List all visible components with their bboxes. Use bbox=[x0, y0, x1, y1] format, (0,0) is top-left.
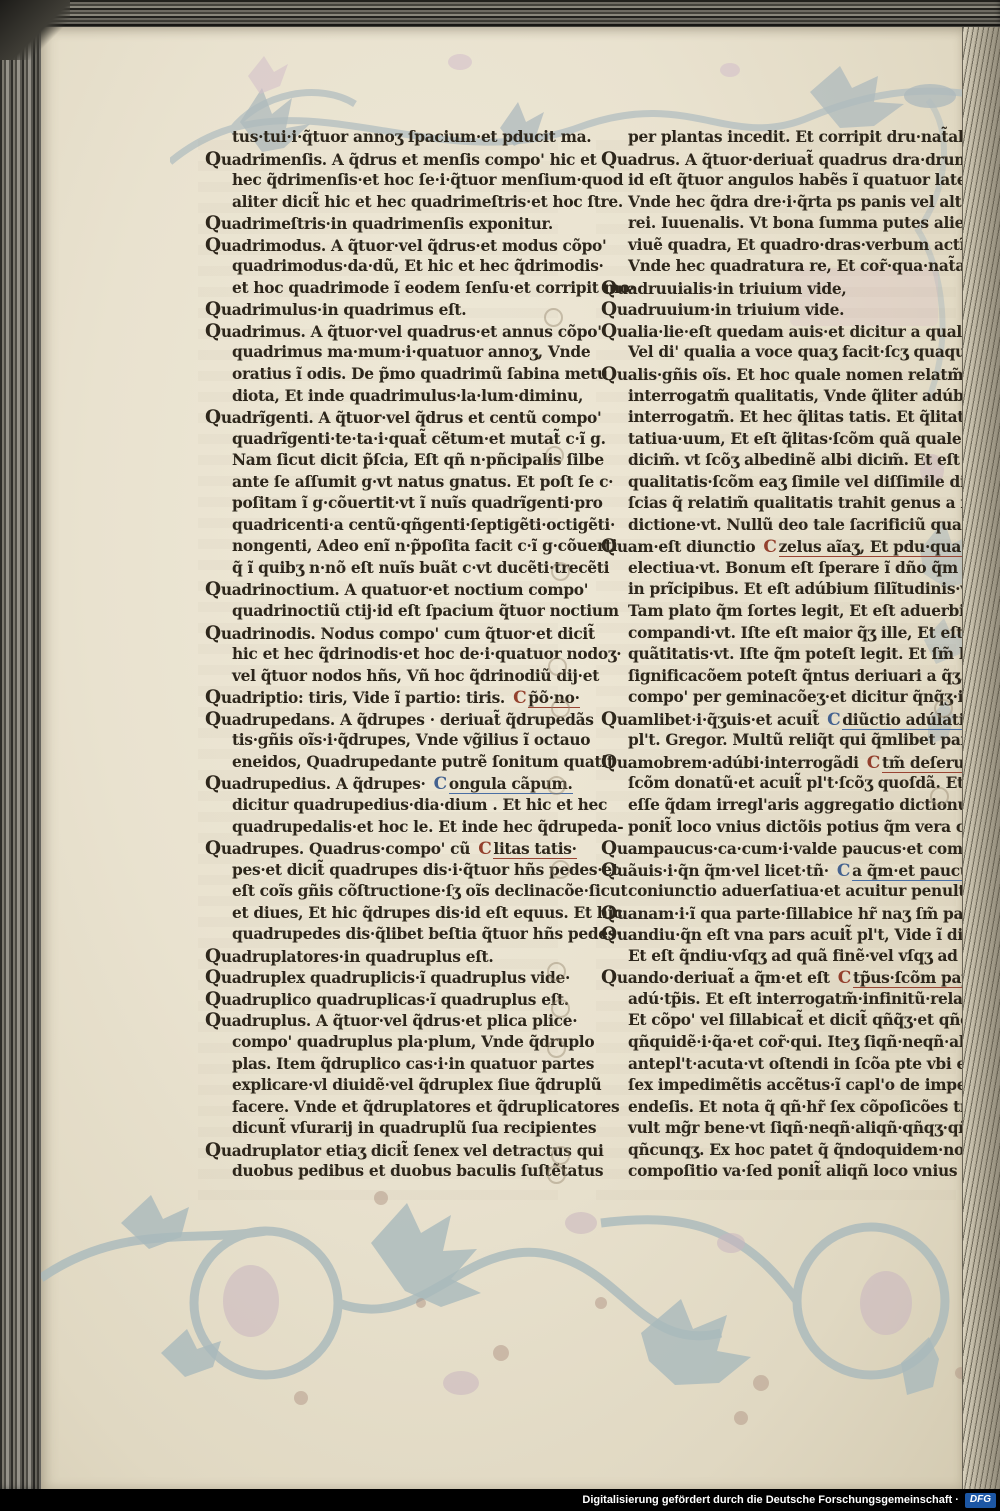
line-segment: Quãuis·i·q̃n q̃m·vel licet·tñ· bbox=[601, 862, 834, 880]
line-segment: Quamobrem·adúbi·interrogãdi bbox=[601, 754, 864, 772]
line-segment: interrogatm̃ qualitatis, Vnde q̃liter ad… bbox=[628, 387, 996, 405]
line-segment: vel q̃tuor nodos hñs, Vñ hoc q̃drinodiũ … bbox=[232, 667, 599, 685]
text-line: et hoc quadrimode ĩ eodem ſenſu·et corri… bbox=[205, 278, 557, 300]
text-line: adú·tp̃is. Et eſt interrogatm̃·infinitũ·… bbox=[601, 989, 953, 1011]
line-segment: Quadrimus. A q̃tuor·vel quadrus·et annus… bbox=[205, 323, 602, 341]
paragraph-mark-red: C bbox=[760, 537, 778, 557]
text-line: dictione·vt. Nullũ deo tale ſacrificiũ q… bbox=[601, 515, 953, 537]
paragraph-mark-blue: C bbox=[431, 774, 449, 794]
ring-artifact bbox=[548, 657, 567, 676]
line-segment: tis·gñis oĩs·i·q̃drupes, Vnde vg̃ilius ĩ… bbox=[232, 731, 590, 749]
line-segment: Et cõpo' vel ſillabicat̃ et dicit̃ qñq̃ʒ… bbox=[628, 1011, 1000, 1029]
line-segment: qñcunqʒ. Ex hoc patet q̃ q̃ndoquidem·non… bbox=[628, 1141, 1000, 1159]
line-segment: eſt coĩs gñis cõſtructione·ſʒ oĩs declin… bbox=[232, 882, 627, 900]
text-line: oratius ĩ odis. De p̃mo quadrimũ ſabina … bbox=[205, 364, 557, 386]
line-segment: Quadruplatores·in quadruplus eſt. bbox=[205, 948, 493, 966]
text-line: quadrimus ma·mum·i·quatuor annoʒ, Vnde bbox=[205, 342, 557, 364]
line-segment: Quadrĩgenti. A q̃tuor·vel q̃drus et cent… bbox=[205, 409, 601, 427]
paragraph-mark-blue: C bbox=[824, 710, 842, 730]
paragraph-mark-red: C bbox=[510, 688, 528, 708]
text-line: Tam plato q̃m ſortes legit, Et eſt aduer… bbox=[601, 601, 953, 623]
text-line: ſignificacõem poteſt q̃ntus deriuari a q… bbox=[601, 666, 953, 688]
line-segment: quadrimus ma·mum·i·quatuor annoʒ, Vnde bbox=[232, 343, 590, 361]
line-segment: quadrupedes dis·q̃libet beſtia q̃tuor hñ… bbox=[232, 925, 621, 943]
line-segment: Quamlibet·i·q̃ʒuis·et acuit̃ bbox=[601, 711, 824, 729]
line-segment: litas tatis· bbox=[493, 840, 576, 859]
entry-line: Quadrupedans. A q̃drupes · deriuat̃ q̃dr… bbox=[205, 709, 557, 731]
text-line: Vel di' qualia a voce quaʒ facit·ſcʒ qua… bbox=[601, 342, 953, 364]
line-segment: Quadruplico quadruplicas·ĩ quadruplus eſ… bbox=[205, 991, 569, 1009]
line-segment: Quandiu·q̃n eſt vna pars acuit̃ pl't, Vi… bbox=[601, 926, 979, 944]
line-segment: Quadrupes. Quadrus·compo' cũ bbox=[205, 840, 475, 858]
ring-artifact bbox=[547, 1165, 566, 1184]
text-line: Et eſt q̃ndiu·vſqʒ ad quã finẽ·vel vſqʒ … bbox=[601, 946, 953, 968]
book-corner-shadow bbox=[0, 0, 70, 60]
line-segment: Quanam·i·ĩ qua parte·ſillabice hr̃ naʒ ſ… bbox=[601, 905, 979, 923]
text-line: coniunctio aduerſatiua·et acuitur penult… bbox=[601, 881, 953, 903]
ring-artifact bbox=[551, 1146, 570, 1165]
text-line: Nam ſicut dicit p̃ſcia, Eſt qñ n·pñcipal… bbox=[205, 450, 557, 472]
text-line: ponit̃ loco vnius dictõis potius q̃m ver… bbox=[601, 817, 953, 839]
text-line: quadrimodus·da·dũ, Et hic et hec q̃drimo… bbox=[205, 256, 557, 278]
entry-line: Quando·deriuat̃ a q̃m·et eſt Ctp̃us·ſcõm… bbox=[601, 967, 953, 989]
line-segment: Qualia·lie·eſt quedam auis·et dicitur a … bbox=[601, 323, 981, 341]
line-segment: Quadrimodus. A q̃tuor·vel q̃drus·et modu… bbox=[205, 237, 606, 255]
text-line: rei. Iuuenalis. Vt bona ſumma putes alie… bbox=[601, 213, 953, 235]
text-line: qñcunqʒ. Ex hoc patet q̃ q̃ndoquidem·non… bbox=[601, 1140, 953, 1162]
entry-line: Qualis·gñis oĩs. Et hoc quale nomen rela… bbox=[601, 364, 953, 386]
entry-line: Quadriptio: tiris, Vide ĩ partio: tiris.… bbox=[205, 687, 557, 709]
line-segment: Quadrupedius. A q̃drupes· bbox=[205, 775, 431, 793]
line-segment: Quadrimeſtris·in quadrimenſis exponitur. bbox=[205, 215, 553, 233]
digitization-banner: Digitalisierung gefördert durch die Deut… bbox=[0, 1489, 1000, 1511]
line-segment: quadricenti·a centũ·qñgenti·ſeptigẽti·oc… bbox=[232, 516, 615, 534]
text-line: tis·gñis oĩs·i·q̃drupes, Vnde vg̃ilius ĩ… bbox=[205, 730, 557, 752]
text-line: ſcõm donatũ·et acuit̃ pl't·ſcõʒ quoſdã. … bbox=[601, 773, 953, 795]
line-segment: Quadrimulus·in quadrimus eſt. bbox=[205, 301, 466, 319]
line-segment: Vnde hec quadratura re, Et cor̃·qua·nat̃… bbox=[628, 257, 1000, 275]
line-segment: Quadrinoctium. A quatuor·et noctium comp… bbox=[205, 581, 588, 599]
line-segment: Et eſt q̃ndiu·vſqʒ ad quã finẽ·vel vſqʒ … bbox=[628, 947, 1000, 965]
line-segment: in prĩcipibus. Et eſt adúbium ſilĩtudini… bbox=[628, 580, 981, 598]
entry-line: Quadrimenſis. A q̃drus et menſis compo' … bbox=[205, 149, 557, 171]
line-segment: Vel di' qualia a voce quaʒ facit·ſcʒ qua… bbox=[628, 343, 998, 361]
line-segment: per plantas incedit. Et corripit dru·nat… bbox=[628, 128, 997, 146]
text-line: duobus pedibus et duobus baculis ſuſtẽta… bbox=[205, 1161, 557, 1183]
line-segment: oratius ĩ odis. De p̃mo quadrimũ ſabina … bbox=[232, 365, 608, 383]
ring-artifact bbox=[934, 699, 953, 718]
line-segment: ſcias q̃ relatim̃ qualitatis trahit genu… bbox=[628, 494, 1000, 512]
ring-artifact bbox=[551, 699, 570, 718]
line-segment: et diues, Et hic q̃drupes dis·id eſt equ… bbox=[232, 904, 622, 922]
text-line: compoſitio va·ſed ponit̃ aliqñ loco vniu… bbox=[601, 1161, 953, 1183]
text-line: nongenti, Adeo enĩ n·p̃poſita facit c·ĩ … bbox=[205, 536, 557, 558]
text-line: quadricenti·a centũ·qñgenti·ſeptigẽti·oc… bbox=[205, 515, 557, 537]
line-segment: dictione·vt. Nullũ deo tale ſacrificiũ q… bbox=[628, 516, 1000, 534]
line-segment: Quampaucus·ca·cum·i·valde paucus·et comp… bbox=[601, 840, 988, 858]
text-line: Vnde hec quadratura re, Et cor̃·qua·nat̃… bbox=[601, 256, 953, 278]
text-line: ſcias q̃ relatim̃ qualitatis trahit genu… bbox=[601, 493, 953, 515]
text-line: facere. Vnde et q̃druplatores et q̃drupl… bbox=[205, 1097, 557, 1119]
line-segment: coniunctio aduerſatiua·et acuitur penult… bbox=[628, 882, 1000, 900]
paragraph-mark-red: C bbox=[475, 839, 493, 859]
line-segment: Quadrimenſis. A q̃drus et menſis compo' … bbox=[205, 151, 596, 169]
line-segment: tus·tui·i·q̃tuor annoʒ ſpacium·et pducit… bbox=[232, 128, 591, 146]
line-segment: compoſitio va·ſed ponit̃ aliqñ loco vniu… bbox=[628, 1162, 999, 1180]
line-segment: electiua·vt. Bonum eſt ſperare ĩ dño q̃m… bbox=[628, 559, 1000, 577]
facing-page-fore-edge bbox=[962, 27, 1000, 1489]
line-segment: explicare·vl diuidẽ·vel q̃druplex ſiue q… bbox=[232, 1076, 601, 1094]
line-segment: endeſis. Et nota q̃ qñ·hr̃ ſex cõpoſicõe… bbox=[628, 1098, 996, 1116]
line-segment: compo' quadruplus pla·plum, Vnde q̃drupl… bbox=[232, 1033, 594, 1051]
text-line: vult mg̃r bene·vt ſiqñ·neqñ·aliqñ·qñqʒ·q… bbox=[601, 1118, 953, 1140]
line-segment: Quadruplus. A q̃tuor·vel q̃drus·et plica… bbox=[205, 1012, 577, 1030]
dfg-logo: DFG bbox=[965, 1493, 996, 1508]
line-segment: facere. Vnde et q̃druplatores et q̃drupl… bbox=[232, 1098, 619, 1116]
line-segment: Quadrus. A q̃tuor·deriuat̃ quadrus dra·d… bbox=[601, 151, 975, 169]
line-segment: antepl't·acuta·vt oſtendi in ſcõa pte vb… bbox=[628, 1055, 1000, 1073]
line-segment: plas. Item q̃druplico cas·i·in quatuor p… bbox=[232, 1055, 594, 1073]
line-segment: quadrinoctiũ ctij·id eſt ſpacium q̃tuor … bbox=[232, 602, 619, 620]
text-line: eſſe q̃dam irregl'aris aggregatio dictio… bbox=[601, 795, 953, 817]
text-line: poſitam ĩ g·cõuertit·vt ĩ nuĩs quadrĩgen… bbox=[205, 493, 557, 515]
text-line: et diues, Et hic q̃drupes dis·id eſt equ… bbox=[205, 903, 557, 925]
entry-line: Quadruuium·in triuium vide. bbox=[601, 299, 953, 321]
entry-line: Quanam·i·ĩ qua parte·ſillabice hr̃ naʒ ſ… bbox=[601, 903, 953, 925]
entry-line: Quampaucus·ca·cum·i·valde paucus·et comp… bbox=[601, 838, 953, 860]
line-segment: qñquidẽ·i·q̃a·et cor̃·qui. Iteʒ ſiqñ·neq… bbox=[628, 1033, 991, 1051]
line-segment: quadrĩgenti·te·ta·i·quat̃ cẽtum·et mutat… bbox=[232, 430, 606, 448]
text-line: hic et hec q̃drinodis·et hoc de·i·quatuo… bbox=[205, 644, 557, 666]
line-segment: qualitatis·ſcõm eaʒ ſimile vel diſſimile… bbox=[628, 473, 1000, 491]
line-segment: interrogatm̃. Et hec q̃litas tatis. Et q… bbox=[628, 408, 1000, 426]
paragraph-mark-blue: C bbox=[834, 861, 852, 881]
line-segment: ſex impedimẽtis accẽtus·ĩ capl'o de impe… bbox=[628, 1076, 1000, 1094]
line-segment: adú·tp̃is. Et eſt interrogatm̃·infinitũ·… bbox=[628, 990, 991, 1008]
text-line: diota, Et inde quadrimulus·la·lum·diminu… bbox=[205, 386, 557, 408]
text-line: compo' per geminacõeʒ·et dicitur q̃nq̃ʒ·… bbox=[601, 687, 953, 709]
ring-artifact bbox=[544, 308, 563, 327]
text-line: vel q̃tuor nodos hñs, Vñ hoc q̃drinodiũ … bbox=[205, 666, 557, 688]
manuscript-scan: tus·tui·i·q̃tuor annoʒ ſpacium·et pducit… bbox=[0, 0, 1000, 1511]
line-segment: ſignificacõem poteſt q̃ntus deriuari a q… bbox=[628, 667, 1000, 685]
text-line: dicunt̃ vſurarij in quadruplũ ſua recipi… bbox=[205, 1118, 557, 1140]
text-line: Vnde hec q̃dra dre·i·q̃rta ps panis vel … bbox=[601, 192, 953, 214]
text-line: viuẽ quadra, Et quadro·dras·verbum actĩm… bbox=[601, 235, 953, 257]
text-line: endeſis. Et nota q̃ qñ·hr̃ ſex cõpoſicõe… bbox=[601, 1097, 953, 1119]
text-line: per plantas incedit. Et corripit dru·nat… bbox=[601, 127, 953, 149]
entry-line: Quadrimus. A q̃tuor·vel quadrus·et annus… bbox=[205, 321, 557, 343]
line-segment: hec q̃drimenſis·et hoc ſe·i·q̃tuor menſi… bbox=[232, 171, 623, 189]
text-line: qualitatis·ſcõm eaʒ ſimile vel diſſimile… bbox=[601, 472, 953, 494]
text-line: plas. Item q̃druplico cas·i·in quatuor p… bbox=[205, 1054, 557, 1076]
line-segment: dicunt̃ vſurarij in quadruplũ ſua recipi… bbox=[232, 1119, 596, 1137]
line-segment: ponit̃ loco vnius dictõis potius q̃m ver… bbox=[628, 818, 1000, 836]
line-segment: poſitam ĩ g·cõuertit·vt ĩ nuĩs quadrĩgen… bbox=[232, 494, 603, 512]
line-segment: diota, Et inde quadrimulus·la·lum·diminu… bbox=[232, 387, 583, 405]
entry-line: Qualia·lie·eſt quedam auis·et dicitur a … bbox=[601, 321, 953, 343]
line-segment: Quadriptio: tiris, Vide ĩ partio: tiris. bbox=[205, 689, 510, 707]
line-segment: rei. Iuuenalis. Vt bona ſumma putes alie… bbox=[628, 214, 985, 232]
text-line: tus·tui·i·q̃tuor annoʒ ſpacium·et pducit… bbox=[205, 127, 557, 149]
text-line: pl't. Gregor. Multũ reliq̃t qui q̃mlibet… bbox=[601, 730, 953, 752]
text-line: ſex impedimẽtis accẽtus·ĩ capl'o de impe… bbox=[601, 1075, 953, 1097]
entry-line: Quadrĩgenti. A q̃tuor·vel q̃drus et cent… bbox=[205, 407, 557, 429]
line-segment: compandi·vt. Iſte eſt maior q̃ʒ ille, Et… bbox=[628, 624, 1000, 642]
text-line: compo' quadruplus pla·plum, Vnde q̃drupl… bbox=[205, 1032, 557, 1054]
text-line: in prĩcipibus. Et eſt adúbium ſilĩtudini… bbox=[601, 579, 953, 601]
text-line: eneidos, Quadrupedante putrẽ ſonitum qua… bbox=[205, 752, 557, 774]
entry-line: Quadruuialis·in triuium vide, bbox=[601, 278, 953, 300]
text-line: electiua·vt. Bonum eſt ſperare ĩ dño q̃m… bbox=[601, 558, 953, 580]
entry-line: Quadrimulus·in quadrimus eſt. bbox=[205, 299, 557, 321]
text-line: quadrĩgenti·te·ta·i·quat̃ cẽtum·et mutat… bbox=[205, 429, 557, 451]
ring-artifact bbox=[547, 776, 566, 795]
entry-line: Quadrus. A q̃tuor·deriuat̃ quadrus dra·d… bbox=[601, 149, 953, 171]
line-segment: vult mg̃r bene·vt ſiqñ·neqñ·aliqñ·qñqʒ·q… bbox=[628, 1119, 990, 1137]
line-segment: dicitur quadrupedius·dia·dium . Et hic e… bbox=[232, 796, 607, 814]
text-line: quadrupedes dis·q̃libet beſtia q̃tuor hñ… bbox=[205, 924, 557, 946]
text-line: qñquidẽ·i·q̃a·et cor̃·qui. Iteʒ ſiqñ·neq… bbox=[601, 1032, 953, 1054]
line-segment: dicim̃. vt ſcõʒ albedinẽ albi dicim̃. Et… bbox=[628, 451, 1000, 469]
ring-artifact bbox=[551, 562, 570, 581]
banner-text: Digitalisierung gefördert durch die Deut… bbox=[582, 1494, 959, 1506]
ring-artifact bbox=[551, 999, 570, 1018]
line-segment: viuẽ quadra, Et quadro·dras·verbum actĩm… bbox=[628, 236, 986, 254]
line-segment: Quadrupedans. A q̃drupes · deriuat̃ q̃dr… bbox=[205, 711, 594, 729]
ring-artifact bbox=[551, 860, 570, 879]
book-left-edge bbox=[0, 0, 41, 1489]
line-segment: Quam·eſt diunctio bbox=[601, 538, 760, 556]
line-segment: tatiua·uum, Et eſt q̃litas·ſcõm quã qual… bbox=[628, 430, 1000, 448]
entry-line: Quadrupes. Quadrus·compo' cũ Clitas tati… bbox=[205, 838, 557, 860]
text-line: id eſt q̃tuor angulos habẽs ĩ quatuor la… bbox=[601, 170, 953, 192]
ring-artifact bbox=[930, 787, 949, 806]
text-line: tatiua·uum, Et eſt q̃litas·ſcõm quã qual… bbox=[601, 429, 953, 451]
entry-line: Quadruplator etiaʒ dicit̃ ſenex vel detr… bbox=[205, 1140, 557, 1162]
line-segment: Vnde hec q̃dra dre·i·q̃rta ps panis vel … bbox=[628, 193, 1000, 211]
text-line: compandi·vt. Iſte eſt maior q̃ʒ ille, Et… bbox=[601, 623, 953, 645]
entry-line: Quadrinoctium. A quatuor·et noctium comp… bbox=[205, 579, 557, 601]
line-segment: Qualis·gñis oĩs. Et hoc quale nomen rela… bbox=[601, 366, 985, 384]
ring-artifact bbox=[547, 1039, 566, 1058]
entry-line: Quãuis·i·q̃n q̃m·vel licet·tñ· Ca q̃m·et… bbox=[601, 860, 953, 882]
ring-artifact bbox=[547, 962, 566, 981]
line-segment: Quadrinodis. Nodus compo' cum q̃tuor·et … bbox=[205, 625, 595, 643]
text-line: quadrupedalis·et hoc le. Et inde hec q̃d… bbox=[205, 817, 557, 839]
line-segment: Quando·deriuat̃ a q̃m·et eſt bbox=[601, 969, 835, 987]
text-line: quãtitatis·vt. Iſte q̃m poteſt legit. Et… bbox=[601, 644, 953, 666]
line-segment: quadrupedalis·et hoc le. Et inde hec q̃d… bbox=[232, 818, 623, 836]
entry-line: Quadruplico quadruplicas·ĩ quadruplus eſ… bbox=[205, 989, 557, 1011]
text-line: hec q̃drimenſis·et hoc ſe·i·q̃tuor menſi… bbox=[205, 170, 557, 192]
entry-line: Quamobrem·adúbi·interrogãdi Ctm̃ deſerui… bbox=[601, 752, 953, 774]
text-line: antepl't·acuta·vt oſtendi in ſcõa pte vb… bbox=[601, 1054, 953, 1076]
text-line: explicare·vl diuidẽ·vel q̃druplex ſiue q… bbox=[205, 1075, 557, 1097]
entry-line: Quadrimeſtris·in quadrimenſis exponitur. bbox=[205, 213, 557, 235]
text-line: aliter dicit̃ hic et hec quadrimeſtris·e… bbox=[205, 192, 557, 214]
line-segment: tp̃us·ſcõm pap̃· bbox=[853, 969, 977, 988]
line-segment: eneidos, Quadrupedante putrẽ ſonitum qua… bbox=[232, 753, 614, 771]
text-line: dicim̃. vt ſcõʒ albedinẽ albi dicim̃. Et… bbox=[601, 450, 953, 472]
entry-line: Quadrimodus. A q̃tuor·vel q̃drus·et modu… bbox=[205, 235, 557, 257]
line-segment: et hoc quadrimode ĩ eodem ſenſu·et corri… bbox=[232, 279, 635, 297]
entry-line: Quadruplex quadruplicis·ĩ quadruplus vid… bbox=[205, 967, 557, 989]
ring-artifact bbox=[545, 446, 564, 465]
text-column-right: per plantas incedit. Et corripit dru·nat… bbox=[601, 127, 953, 1183]
line-segment: aliter dicit̃ hic et hec quadrimeſtris·e… bbox=[232, 193, 623, 211]
text-line: ante ſe aſſumit g·vt natus gnatus. Et po… bbox=[205, 472, 557, 494]
line-segment: Quadruuialis·in triuium vide, bbox=[601, 280, 846, 298]
line-segment: zelus aĩaʒ, Et pdu·qua· bbox=[779, 538, 967, 557]
text-line: Et cõpo' vel ſillabicat̃ et dicit̃ qñq̃ʒ… bbox=[601, 1010, 953, 1032]
text-line: dicitur quadrupedius·dia·dium . Et hic e… bbox=[205, 795, 557, 817]
entry-line: Quadrinodis. Nodus compo' cum q̃tuor·et … bbox=[205, 623, 557, 645]
line-segment: quadrimodus·da·dũ, Et hic et hec q̃drimo… bbox=[232, 257, 604, 275]
entry-line: Quadrupedius. A q̃drupes· Congula cãpum. bbox=[205, 773, 557, 795]
text-line: quadrinoctiũ ctij·id eſt ſpacium q̃tuor … bbox=[205, 601, 557, 623]
text-line: pes·et dicit̃ quadrupes dis·i·q̃tuor hñs… bbox=[205, 860, 557, 882]
line-segment: Tam plato q̃m ſortes legit, Et eſt aduer… bbox=[628, 602, 991, 620]
text-column-left: tus·tui·i·q̃tuor annoʒ ſpacium·et pducit… bbox=[205, 127, 557, 1183]
entry-line: Quandiu·q̃n eſt vna pars acuit̃ pl't, Vi… bbox=[601, 924, 953, 946]
text-line: eſt coĩs gñis cõſtructione·ſʒ oĩs declin… bbox=[205, 881, 557, 903]
line-segment: id eſt q̃tuor angulos habẽs ĩ quatuor la… bbox=[628, 171, 1000, 189]
entry-line: Quadruplatores·in quadruplus eſt. bbox=[205, 946, 557, 968]
entry-line: Quam·eſt diunctio Czelus aĩaʒ, Et pdu·qu… bbox=[601, 536, 953, 558]
entry-line: Quamlibet·i·q̃ʒuis·et acuit̃ Cdiũctio ad… bbox=[601, 709, 953, 731]
line-segment: ante ſe aſſumit g·vt natus gnatus. Et po… bbox=[232, 473, 613, 491]
paragraph-mark-red: C bbox=[835, 968, 853, 988]
line-segment: quãtitatis·vt. Iſte q̃m poteſt legit. Et… bbox=[628, 645, 999, 663]
paragraph-mark-red: C bbox=[864, 753, 882, 773]
line-segment: Quadruplator etiaʒ dicit̃ ſenex vel detr… bbox=[205, 1142, 604, 1160]
entry-line: Quadruplus. A q̃tuor·vel q̃drus·et plica… bbox=[205, 1010, 557, 1032]
text-line: interrogatm̃. Et hec q̃litas tatis. Et q… bbox=[601, 407, 953, 429]
book-top-edge bbox=[0, 0, 1000, 27]
text-line: interrogatm̃ qualitatis, Vnde q̃liter ad… bbox=[601, 386, 953, 408]
line-segment: Quadruuium·in triuium vide. bbox=[601, 301, 844, 319]
line-segment: pl't. Gregor. Multũ reliq̃t qui q̃mlibet… bbox=[628, 731, 995, 749]
line-segment: Quadruplex quadruplicis·ĩ quadruplus vid… bbox=[205, 969, 570, 987]
text-line: q̃ ĩ quibʒ n·nõ eſt nuĩs buãt c·vt ducẽt… bbox=[205, 558, 557, 580]
line-segment: nongenti, Adeo enĩ n·p̃poſita facit c·ĩ … bbox=[232, 537, 617, 555]
